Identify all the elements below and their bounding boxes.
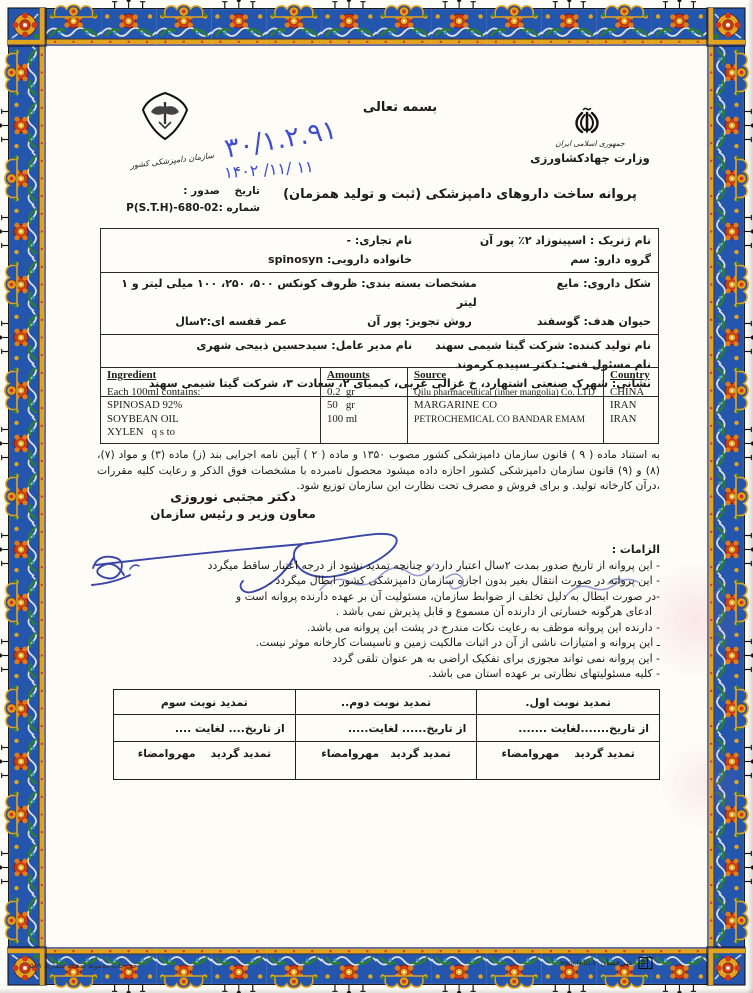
field-trade-name: نام تجاری: -: [347, 231, 413, 250]
renewal-stamp-cell: تمدید گردید مهروامضاء: [477, 742, 659, 779]
amount-cell: 0.2 gr: [327, 386, 403, 399]
republic-script: جمهوری اسلامی ایران: [542, 139, 638, 148]
col-header-ingredient: Ingredient: [107, 369, 316, 386]
field-target-animal: حیوان هدف: گوسفند: [472, 312, 651, 331]
field-drug-group: گروه دارو: سم: [412, 250, 651, 269]
requirement-line: ـ این پروانه و امتیازات ناشی از آن در اث…: [97, 635, 660, 651]
col-header-source: Source: [414, 369, 599, 386]
renewal-date-range: از تاریخ...... لغایت.....: [296, 715, 477, 742]
requirements-heading: الزامات :: [97, 542, 660, 558]
scan-artifact: [660, 740, 750, 830]
ingredients-table: Ingredient Each 100ml contains: SPINOSAD…: [100, 367, 659, 444]
country-cell: IRAN: [610, 413, 654, 426]
source-cell: PETROCHEMICAL CO BANDAR EMAM: [414, 413, 599, 426]
publisher-website: www.hefzi.ir: [560, 959, 596, 967]
ingredient-cell: SPINOSAD 92%: [107, 399, 316, 412]
renewal-first-column: تمدید نوبت اول. از تاریخ.......لغایت ...…: [477, 690, 659, 779]
vet-org-script: سازمان دامپزشکی کشور: [112, 149, 232, 173]
renewal-title: تمدید نوبت سوم: [114, 690, 295, 715]
bismillah: بسمه تعالی: [330, 100, 470, 115]
ornate-border: [0, 0, 753, 993]
page-edge-shadow: [747, 0, 753, 993]
renewal-second-column: تمدید نوبت دوم.. از تاریخ...... لغایت...…: [296, 690, 478, 779]
field-drug-family: خانواده دارویی: spinosyn: [268, 250, 412, 269]
field-administration: روش تجویز: پور آن: [287, 312, 472, 331]
amount-cell: 50 gr: [327, 399, 403, 412]
ministry-name: وزارت جهادکشاورزی: [524, 151, 656, 165]
ingredient-cell: XYLEN q s to: [107, 426, 316, 439]
veterinary-organization-logo-icon: [136, 90, 194, 144]
requirement-line: - این پروانه نمی تواند مجوزی برای تفکیک …: [97, 651, 660, 667]
source-cell: MARGARINE CO: [414, 399, 599, 412]
page-edge-shadow: [0, 988, 753, 993]
renewal-date-range: از تاریخ.......لغایت .......: [477, 715, 659, 742]
renewal-third-column: تمدید نوبت سوم از تاریخ.... لغایت .... ت…: [114, 690, 296, 779]
country-cell: CHINA: [610, 386, 654, 399]
field-ceo: نام مدیر عامل: سیدحسین ذبیحی شهری: [196, 336, 412, 355]
ingredient-cell: Each 100ml contains:: [107, 386, 316, 399]
renewal-title: تمدید نوبت دوم..: [296, 690, 477, 715]
field-producer: نام تولید کننده: شرکت گیتا شیمی سهند: [412, 336, 651, 355]
renewal-stamp-cell: تمدید گردید مهروامضاء: [114, 742, 295, 779]
source-cell: Qilu pharmaceutical (inner mangolia) Co.…: [414, 386, 599, 399]
publisher-name: نشر حفظی: [600, 959, 634, 967]
iran-emblem-icon: [570, 104, 604, 140]
field-form: شکل داروی: مایع: [477, 274, 651, 312]
requirement-line: - دارنده این پروانه موظف به رعایت نکات م…: [97, 620, 660, 636]
requirement-line: - این پروانه از تاریخ صدور بمدت ۲سال اعت…: [97, 558, 660, 574]
publisher-logo-icon: [638, 956, 653, 970]
requirement-line: - کلیه مسئولیتهای نظارتی بر عهده استان م…: [97, 666, 660, 682]
field-generic-name: نام ژنریک : اسپینوزاد ۲٪ پور آن: [412, 231, 651, 250]
requirement-line: - این پروانه در صورت انتقال بغیر بدون اج…: [97, 573, 660, 589]
requirement-line: -در صورت ابطال به دلیل تخلف از ضوابط ساز…: [97, 589, 660, 605]
authorization-paragraph: به استناد ماده ( ۹ ) قانون سازمان دامپزش…: [97, 447, 660, 494]
ingredient-cell: SOYBEAN OIL: [107, 413, 316, 426]
amount-cell: 100 ml: [327, 413, 403, 426]
requirement-line: ادعای هرگونه خسارتی از دارنده آن مسموع و…: [97, 604, 660, 620]
issue-date-label: تاریخ صدور :: [100, 183, 260, 200]
field-packaging: مشخصات بسته بندی: ظروف کونکس ۵۰۰، ۲۵۰، ۱…: [108, 274, 477, 312]
license-title: پروانه ساخت داروهای دامپزشکی (ثبت و تولی…: [258, 187, 662, 202]
col-header-country: Country: [610, 369, 654, 386]
serial-number: شماره :02-680-P(S.T.H): [100, 200, 260, 217]
handwritten-number: ۳۰/۱.۲.۹۱: [222, 114, 339, 164]
renewal-stamp-cell: تمدید گردید مهروامضاء: [296, 742, 477, 779]
renewal-title: تمدید نوبت اول.: [477, 690, 659, 715]
field-shelf-life: عمر قفسه ای:۲سال: [175, 312, 287, 331]
renewal-date-range: از تاریخ.... لغایت ....: [114, 715, 295, 742]
renewal-table: تمدید نوبت اول. از تاریخ.......لغایت ...…: [113, 689, 660, 780]
footer-copyright: حق چاپ محفوظ تذهیب شماره: ۵۸۹: [30, 962, 137, 970]
signatory-name: دکتر مجتبی نوروزی: [128, 489, 338, 506]
country-cell: IRAN: [610, 399, 654, 412]
col-header-amounts: Amounts: [327, 369, 403, 386]
